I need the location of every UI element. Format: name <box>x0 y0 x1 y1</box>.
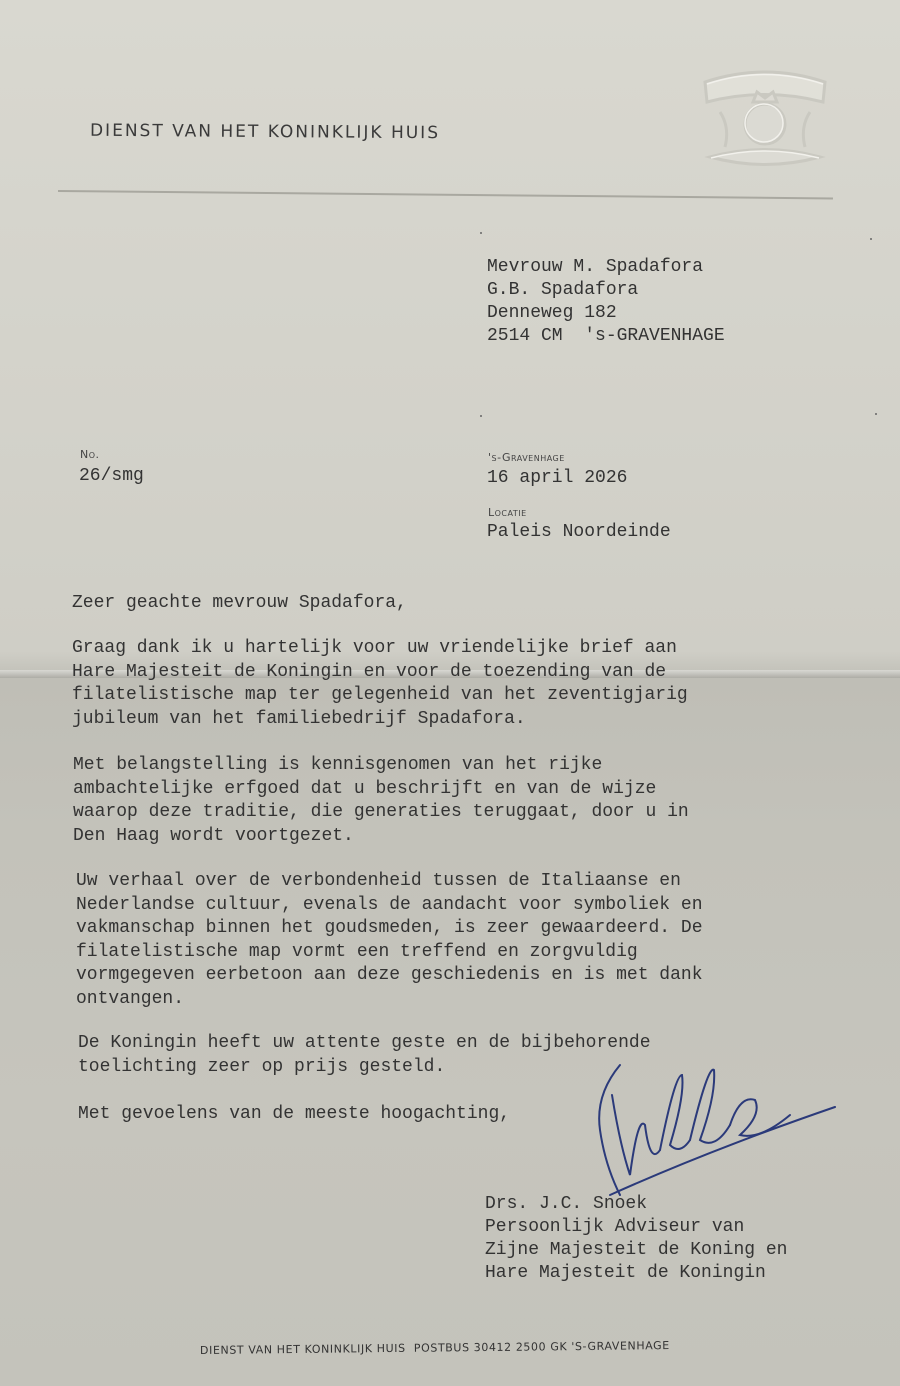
fold-mark <box>870 238 872 240</box>
letterhead-title: DIENST VAN HET KONINKLIJK HUIS <box>90 121 440 143</box>
signatory-title: Hare Majesteit de Koningin <box>485 1262 766 1285</box>
fold-mark <box>480 232 482 234</box>
recipient-line: G.B. Spadafora <box>487 279 638 302</box>
signatory-title: Zijne Majesteit de Koning en <box>485 1239 787 1262</box>
fold-mark <box>875 413 877 415</box>
closing: Met gevoelens van de meeste hoogachting, <box>78 1103 510 1127</box>
body-paragraph: Uw verhaal over de verbondenheid tussen … <box>76 870 703 1011</box>
letterhead-divider <box>58 190 833 199</box>
fold-mark <box>480 415 482 417</box>
body-paragraph: De Koningin heeft uw attente geste en de… <box>78 1032 651 1079</box>
signatory-name: Drs. J.C. Snoek <box>485 1193 647 1216</box>
royal-coat-of-arms-icon <box>695 62 835 180</box>
place-label: 's-Gravenhage <box>488 451 565 464</box>
location-value: Paleis Noordeinde <box>487 521 671 544</box>
body-paragraph: Graag dank ik u hartelijk voor uw vriend… <box>72 637 688 731</box>
letter-footer: DIENST VAN HET KONINKLIJK HUIS POSTBUS 3… <box>200 1339 670 1357</box>
reference-value: 26/smg <box>79 465 144 488</box>
reference-label: No. <box>80 448 100 461</box>
handwritten-signature-icon <box>590 1055 840 1205</box>
recipient-line: Mevrouw M. Spadafora <box>487 256 703 279</box>
letter-date: 16 april 2026 <box>487 467 627 490</box>
recipient-line: Denneweg 182 <box>487 302 617 325</box>
body-paragraph: Met belangstelling is kennisgenomen van … <box>73 754 689 848</box>
salutation: Zeer geachte mevrouw Spadafora, <box>72 592 407 616</box>
recipient-line: 2514 CM 's-GRAVENHAGE <box>487 325 725 348</box>
location-label: Locatie <box>488 506 527 519</box>
signatory-title: Persoonlijk Adviseur van <box>485 1216 744 1239</box>
